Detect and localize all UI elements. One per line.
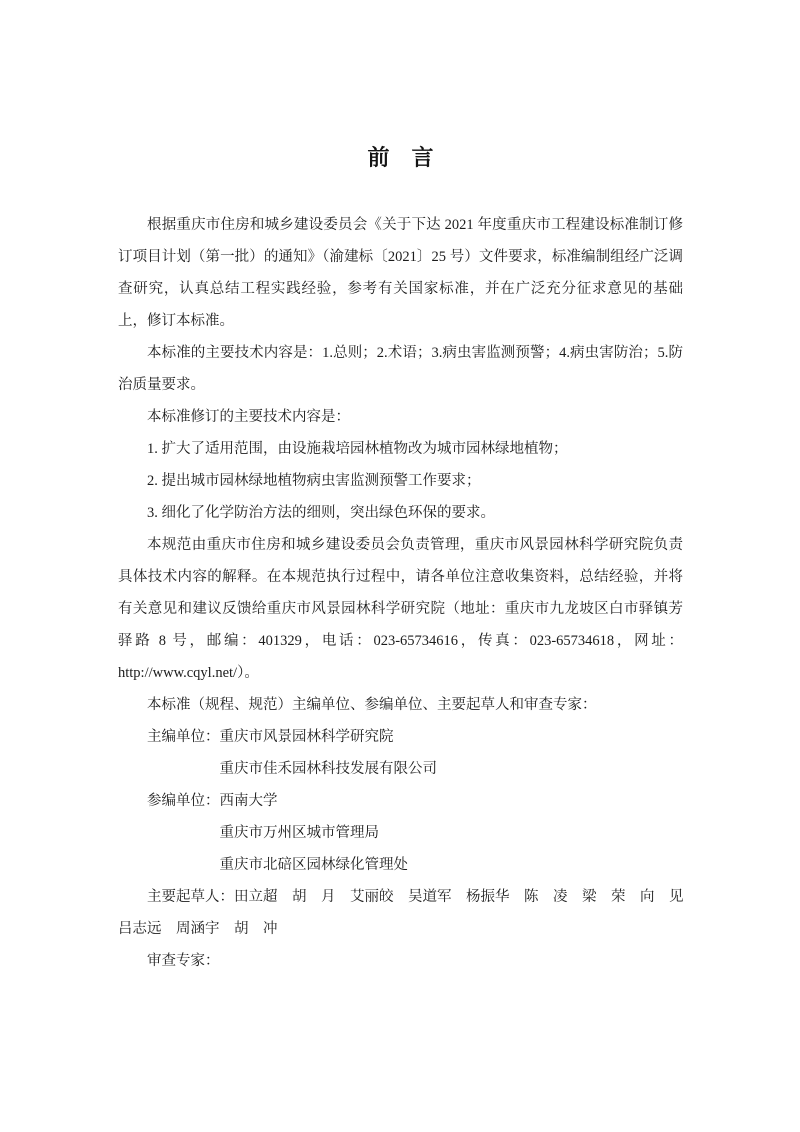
chief-editor-unit-name-2: 重庆市佳禾园林科技发展有限公司 — [220, 753, 438, 785]
participating-unit-name-2: 重庆市万州区城市管理局 — [220, 817, 409, 849]
chief-editor-unit-row: 主编单位： 重庆市风景园林科学研究院 重庆市佳禾园林科技发展有限公司 — [118, 721, 683, 785]
paragraph-management: 本规范由重庆市住房和城乡建设委员会负责管理，重庆市风景园林科学研究院负责具体技术… — [118, 529, 683, 689]
page-content: 前 言 根据重庆市住房和城乡建设委员会《关于下达 2021 年度重庆市工程建设标… — [0, 0, 800, 977]
paragraph-intro: 根据重庆市住房和城乡建设委员会《关于下达 2021 年度重庆市工程建设标准制订修… — [118, 209, 683, 337]
page-title: 前 言 — [118, 142, 683, 174]
participating-unit-name-3: 重庆市北碚区园林绿化管理处 — [220, 849, 409, 881]
participating-unit-name-1: 西南大学 — [220, 785, 409, 817]
chief-editor-unit-name-1: 重庆市风景园林科学研究院 — [220, 721, 438, 753]
participating-unit-names: 西南大学 重庆市万州区城市管理局 重庆市北碚区园林绿化管理处 — [220, 785, 409, 881]
participating-unit-label: 参编单位： — [147, 785, 220, 881]
drafters-line-2: 吕志远 周涵宇 胡 冲 — [118, 913, 683, 945]
chief-editor-unit-names: 重庆市风景园林科学研究院 重庆市佳禾园林科技发展有限公司 — [220, 721, 438, 785]
document-body: 根据重庆市住房和城乡建设委员会《关于下达 2021 年度重庆市工程建设标准制订修… — [118, 209, 683, 977]
document-page: 前 言 根据重庆市住房和城乡建设委员会《关于下达 2021 年度重庆市工程建设标… — [0, 0, 800, 1132]
participating-unit-row: 参编单位： 西南大学 重庆市万州区城市管理局 重庆市北碚区园林绿化管理处 — [118, 785, 683, 881]
paragraph-credits-lead: 本标准（规程、规范）主编单位、参编单位、主要起草人和审查专家： — [118, 689, 683, 721]
paragraph-revision-lead: 本标准修订的主要技术内容是： — [118, 401, 683, 433]
paragraph-main-contents: 本标准的主要技术内容是：1.总则；2.术语；3.病虫害监测预警；4.病虫害防治；… — [118, 337, 683, 401]
revision-item-2: 2. 提出城市园林绿地植物病虫害监测预警工作要求； — [118, 465, 683, 497]
reviewers-label: 审查专家： — [118, 945, 683, 977]
revision-item-1: 1. 扩大了适用范围，由设施栽培园林植物改为城市园林绿地植物； — [118, 433, 683, 465]
drafters-line-1: 主要起草人：田立超 胡 月 艾丽皎 吴道军 杨振华 陈 凌 梁 荣 向 见 — [118, 881, 683, 913]
chief-editor-unit-label: 主编单位： — [147, 721, 220, 785]
revision-item-3: 3. 细化了化学防治方法的细则，突出绿色环保的要求。 — [118, 497, 683, 529]
